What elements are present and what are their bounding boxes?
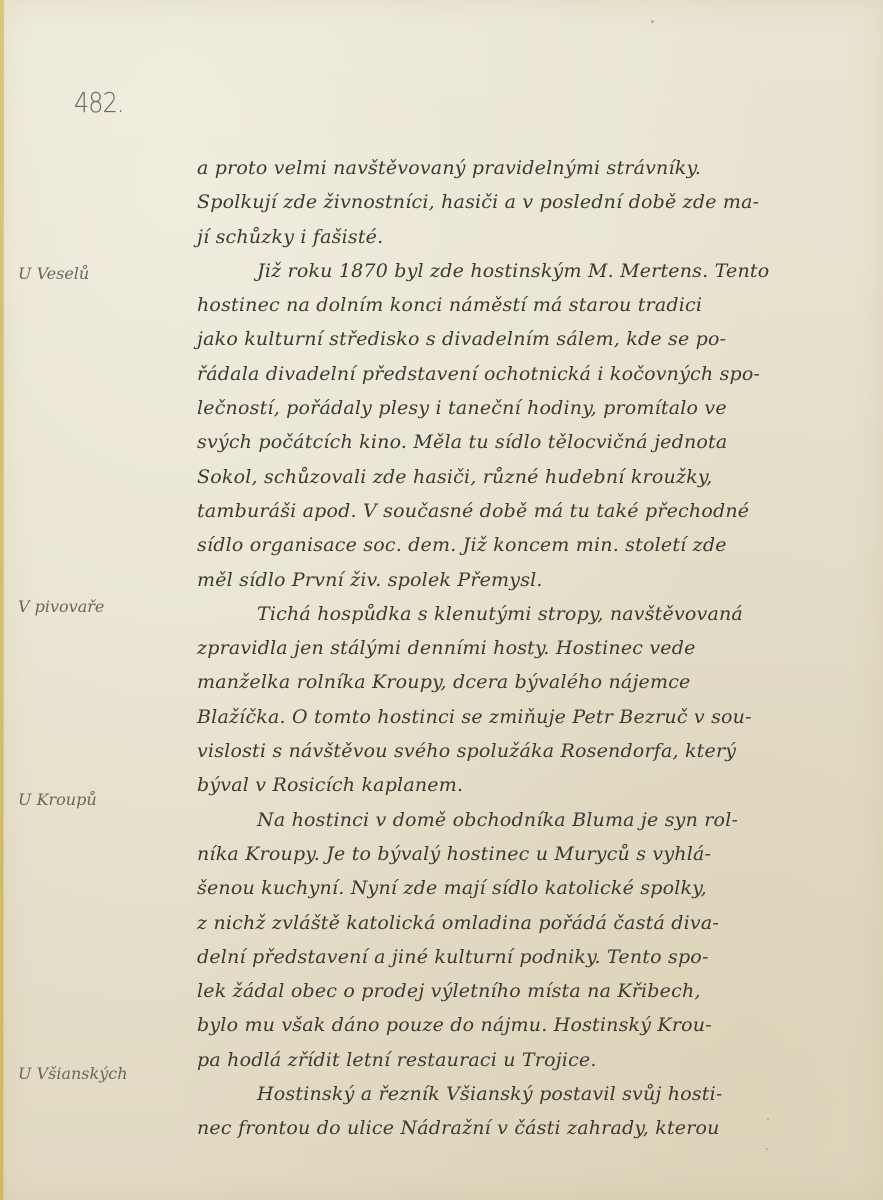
text-line: býval v Rosicích kaplanem. bbox=[197, 768, 857, 802]
text-line: měl sídlo První živ. spolek Přemysl. bbox=[197, 563, 857, 597]
text-line: zpravidla jen stálými denními hosty. Hos… bbox=[197, 631, 857, 665]
text-line: Blažíčka. O tomto hostinci se zmiňuje Pe… bbox=[197, 700, 857, 734]
paragraph-start-line: Na hostinci v domě obchodníka Bluma je s… bbox=[197, 803, 857, 837]
text-line: svých počátcích kino. Měla tu sídlo tělo… bbox=[197, 425, 857, 459]
paragraph-start-line: Již roku 1870 byl zde hostinským M. Mert… bbox=[197, 254, 857, 288]
margin-note-u-veselu: U Veselů bbox=[18, 264, 89, 283]
text-line: lečností, pořádaly plesy i taneční hodin… bbox=[197, 391, 857, 425]
text-line: tamburáši apod. V současné době má tu ta… bbox=[197, 494, 857, 528]
page-number: 482. bbox=[74, 86, 124, 119]
manuscript-page: 482. U Veselů V pivovaře U Kroupů U Všia… bbox=[0, 0, 883, 1200]
text-line: manželka rolníka Kroupy, dcera bývalého … bbox=[197, 665, 857, 699]
page-edge bbox=[0, 0, 3, 1200]
text-line: sídlo organisace soc. dem. Již koncem mi… bbox=[197, 528, 857, 562]
text-line: pa hodlá zřídit letní restauraci u Troji… bbox=[197, 1043, 857, 1077]
text-line: z nichž zvláště katolická omladina pořád… bbox=[197, 906, 857, 940]
margin-note-u-kroupu: U Kroupů bbox=[18, 790, 97, 809]
paper-speck bbox=[651, 20, 654, 23]
paper-speck bbox=[767, 1118, 769, 1120]
text-line: a proto velmi navštěvovaný pravidelnými … bbox=[197, 151, 857, 185]
text-line: níka Kroupy. Je to bývalý hostinec u Mur… bbox=[197, 837, 857, 871]
text-line: nec frontou do ulice Nádražní v části za… bbox=[197, 1111, 857, 1145]
text-line: Spolkují zde živnostníci, hasiči a v pos… bbox=[197, 185, 857, 219]
text-line: hostinec na dolním konci náměstí má star… bbox=[197, 288, 857, 322]
text-line: jako kulturní středisko s divadelním sál… bbox=[197, 322, 857, 356]
text-line: Sokol, schůzovali zde hasiči, různé hude… bbox=[197, 460, 857, 494]
text-line: bylo mu však dáno pouze do nájmu. Hostin… bbox=[197, 1008, 857, 1042]
margin-note-v-pivovare: V pivovaře bbox=[18, 597, 104, 616]
text-line: jí schůzky i fašisté. bbox=[197, 220, 857, 254]
handwritten-body: a proto velmi navštěvovaný pravidelnými … bbox=[197, 151, 857, 1146]
text-line: řádala divadelní představení ochotnická … bbox=[197, 357, 857, 391]
text-line: delní představení a jiné kulturní podnik… bbox=[197, 940, 857, 974]
paper-speck bbox=[766, 1148, 768, 1150]
margin-note-u-vsianskych: U Všianských bbox=[18, 1064, 128, 1083]
paragraph-start-line: Hostinský a řezník Všianský postavil svů… bbox=[197, 1077, 857, 1111]
paragraph-start-line: Tichá hospůdka s klenutými stropy, navšt… bbox=[197, 597, 857, 631]
text-line: vislosti s návštěvou svého spolužáka Ros… bbox=[197, 734, 857, 768]
text-line: šenou kuchyní. Nyní zde mají sídlo katol… bbox=[197, 871, 857, 905]
text-line: lek žádal obec o prodej výletního místa … bbox=[197, 974, 857, 1008]
